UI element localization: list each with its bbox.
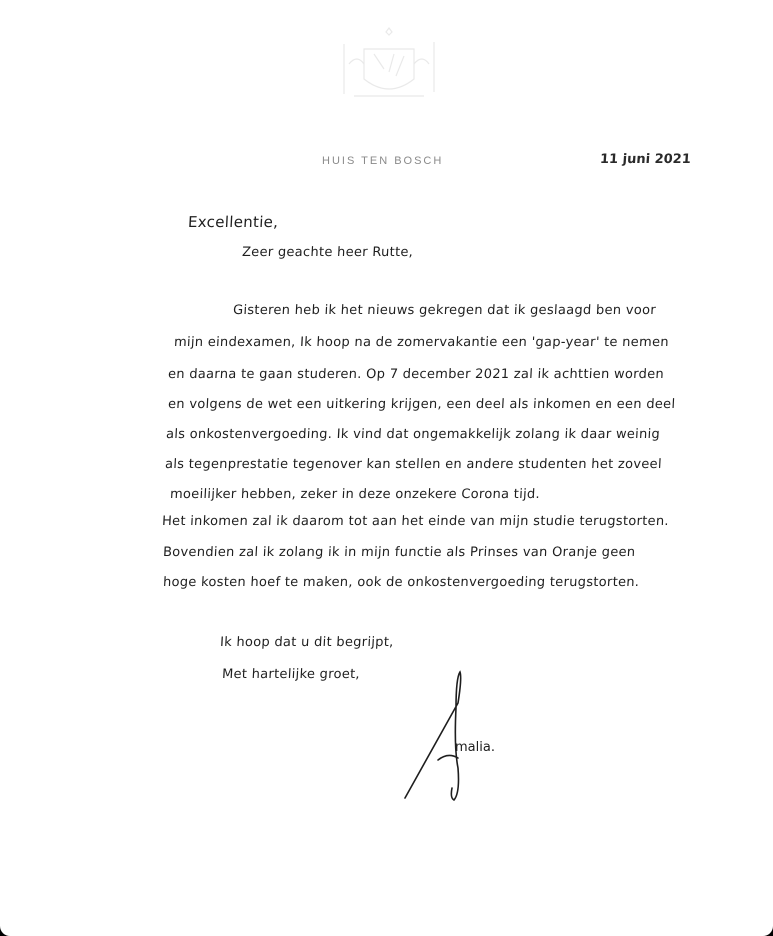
- body-line: moeilijker hebben, zeker in deze onzeker…: [170, 487, 541, 502]
- body-line: hoge kosten hoef te maken, ook de onkost…: [163, 575, 640, 590]
- body-line: en volgens de wet een uitkering krijgen,…: [168, 397, 676, 412]
- letter-page: HUIS TEN BOSCH 11 juni 2021 Excellentie,…: [0, 0, 773, 936]
- body-line: Gisteren heb ik het nieuws gekregen dat …: [233, 303, 657, 318]
- signature-initial-icon: [400, 668, 530, 808]
- signature-name: malia.: [455, 740, 495, 755]
- closing-greeting: Met hartelijke groet,: [222, 667, 361, 682]
- letterhead-place: HUIS TEN BOSCH: [322, 155, 443, 167]
- body-line: Het inkomen zal ik daarom tot aan het ei…: [162, 514, 670, 529]
- salutation-addressee: Zeer geachte heer Rutte,: [242, 245, 414, 260]
- closing-line: Ik hoop dat u dit begrijpt,: [220, 635, 394, 650]
- letter-date: 11 juni 2021: [599, 152, 691, 167]
- royal-crest-icon: [334, 24, 444, 104]
- body-line: Bovendien zal ik zolang ik in mijn funct…: [163, 545, 636, 560]
- body-line: mijn eindexamen, Ik hoop na de zomervaka…: [174, 335, 670, 350]
- body-line: en daarna te gaan studeren. Op 7 decembe…: [168, 367, 665, 382]
- body-line: als onkostenvergoeding. Ik vind dat onge…: [166, 427, 661, 442]
- salutation-title: Excellentie,: [188, 213, 279, 231]
- body-line: als tegenprestatie tegenover kan stellen…: [165, 457, 663, 472]
